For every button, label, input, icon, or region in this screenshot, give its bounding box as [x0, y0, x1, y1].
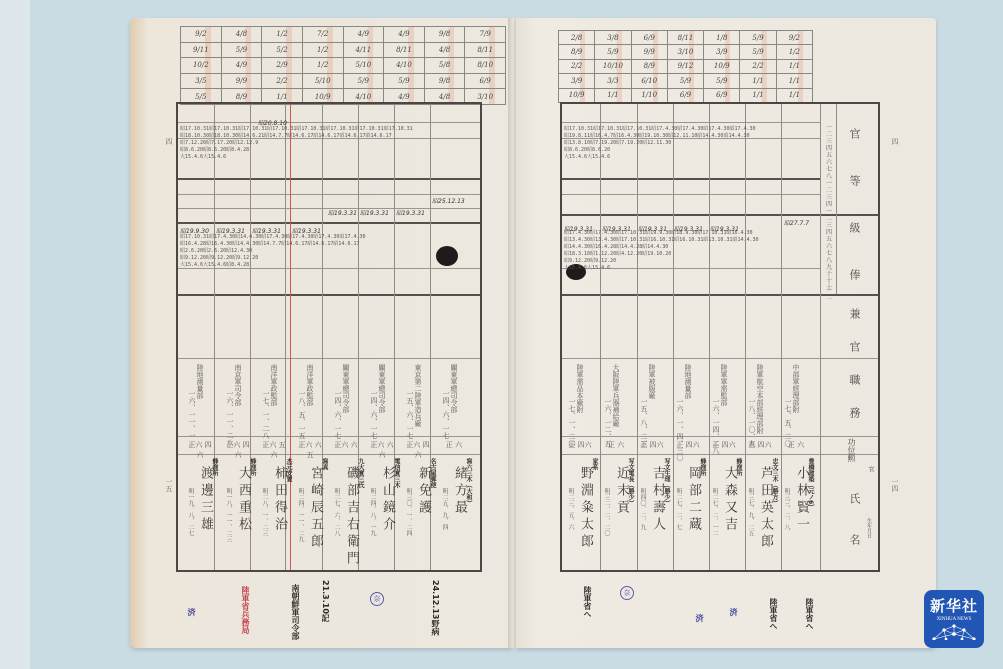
rank-cell: 正六 六	[332, 440, 360, 450]
rank-cell: 正六 四六	[404, 440, 432, 460]
person-note: 蜂窪所	[210, 458, 219, 476]
rank-cell: 正 四六	[746, 440, 774, 450]
grade-number: 十二	[824, 283, 834, 301]
header-duty-label: 兼官職務	[846, 308, 862, 440]
person-note: 寫真	[320, 458, 329, 470]
header-merit-label: 功位勲	[846, 438, 857, 462]
birth-date: 明二五、九、四	[440, 488, 448, 530]
date-cell: 1/10	[632, 89, 668, 103]
duty-text: 大阪陸軍兵器補給廠	[612, 364, 620, 427]
date-cell: 5/8	[425, 58, 466, 74]
date-cell: 3/9	[559, 74, 595, 88]
circle-stamp: 奈	[370, 592, 384, 606]
duty-date: 一八、五、一五	[298, 390, 306, 439]
date-cell: 2/2	[559, 60, 595, 74]
date-cell: 3/5	[181, 74, 222, 90]
rank-cell: 正 四六	[674, 440, 702, 450]
date-cell: 3/10	[668, 45, 704, 59]
handwritten-date: 昭25.12.13	[432, 196, 465, 205]
rank-cell: 正 六	[602, 440, 630, 450]
person-note: 写文電長（勝少）	[626, 458, 635, 506]
date-cell: 4/11	[344, 43, 385, 59]
duty-date: 一六、一一、二八	[226, 390, 234, 446]
date-cell: 1/1	[777, 89, 813, 103]
duty-text: 中部軍經理部附	[792, 364, 800, 413]
typed-line: 昭13.8.10昭7.19.20昭7.19.20昭12.11.30	[564, 140, 671, 147]
typed-line: 昭19.8.11昭16.4.7昭16.4.30昭19.10.30昭12.11.1…	[564, 133, 750, 140]
handwritten-date: 昭19.3.31	[602, 224, 631, 233]
date-cell: 1/2	[303, 43, 344, 59]
left-page-number-side: 四	[164, 138, 174, 145]
handwritten-date: 昭19.3.31	[396, 208, 425, 217]
person-note: 九大實三氏	[356, 458, 365, 488]
date-cell: 4/9	[222, 58, 263, 74]
handwritten-date: 昭19.3.31	[564, 224, 593, 233]
date-cell: 4/10	[384, 58, 425, 74]
duty-text: 南京軍司令部	[234, 364, 242, 406]
annotation: 陸軍省へ	[804, 598, 815, 630]
stamp-sumi: 済	[728, 608, 739, 616]
date-cell: 8/9	[632, 60, 668, 74]
left-record-table	[176, 102, 482, 572]
date-cell: 3/3	[595, 74, 631, 88]
handwritten-date: 昭19.3.31	[216, 226, 245, 235]
typed-line: 昭2.6.20昭2.6.20昭12.4.30	[180, 248, 252, 255]
date-cell: 1/2	[303, 58, 344, 74]
date-cell: 1/1	[595, 89, 631, 103]
typed-line: 昭9.12.20昭9.12.20昭9.12.20	[180, 255, 258, 262]
right-page-number-bottom: 一四	[890, 478, 900, 492]
date-cell: 1/1	[777, 60, 813, 74]
date-cell: 3/9	[704, 45, 740, 59]
person-name: 大西重松	[234, 466, 253, 534]
date-cell: 5/9	[740, 31, 776, 45]
date-cell: 5/9	[704, 74, 740, 88]
typed-line: 昭7.12.20昭7.17.20昭12.12.9	[180, 140, 258, 147]
date-cell: 5/9	[740, 45, 776, 59]
date-cell: 1/2	[777, 45, 813, 59]
person-note: 蜂窪所	[698, 458, 707, 476]
date-cell: 9/9	[222, 74, 263, 90]
duty-text: 關東軍總司令部	[342, 364, 350, 413]
logo-text-en: XINHUA NEWS	[924, 617, 984, 622]
duty-date: 一四、六、一七	[370, 390, 378, 439]
handwritten-date: 昭19.3.31	[292, 226, 321, 235]
date-cell: 9/8	[425, 74, 466, 90]
date-cell: 9/2	[777, 31, 813, 45]
network-globe-icon	[932, 624, 976, 640]
typed-line: 昭18.3.10昭1.12.20昭4.12.20昭19.10.20	[564, 251, 671, 258]
xinhua-news-logo: 新华社 XINHUA NEWS	[924, 590, 984, 648]
person-name: 岡部二蔵	[684, 466, 703, 534]
date-cell: 5/9	[595, 45, 631, 59]
date-cell: 7/2	[303, 27, 344, 43]
date-cell: 1/8	[704, 31, 740, 45]
handwritten-date: 昭19.3.31	[710, 224, 739, 233]
date-cell: 7/9	[465, 27, 506, 43]
annotation: 南朝鮮軍司令部	[290, 584, 301, 640]
birth-date: 明三七、九、二五	[746, 488, 754, 536]
date-cell: 1/1	[740, 74, 776, 88]
handwritten-date: 昭19.3.31	[674, 224, 703, 233]
duty-text: 陸軍需品本廠附	[576, 364, 584, 413]
date-cell: 6/9	[704, 89, 740, 103]
date-cell: 4/9	[384, 27, 425, 43]
duty-text: 關東軍總司令部	[378, 364, 386, 413]
person-name: 宮崎辰五郎	[306, 466, 325, 551]
date-cell: 5/2	[262, 43, 303, 59]
date-cell: 2/2	[262, 74, 303, 90]
ink-blot	[436, 246, 458, 266]
person-name: 渡邊三雄	[196, 466, 215, 534]
date-cell: 5/9	[222, 43, 263, 59]
rank-cell: 正六 四六	[224, 440, 252, 460]
duty-text: 陸地測量部	[196, 364, 204, 399]
birth-date: 明一八、一一、二三	[224, 488, 232, 542]
typed-line: 昭16.4.28昭16.4.30昭14.4.30昭14.7.7昭14.6.17昭…	[180, 241, 360, 248]
annotation: 陸軍省へ	[768, 598, 779, 630]
birth-date: 明二七、二、七	[674, 488, 682, 530]
date-cell: 4/8	[222, 27, 263, 43]
date-cell: 10/9	[704, 60, 740, 74]
typed-line: 昭13.4.30昭13.4.30昭17.10.31昭16.10.31昭16.10…	[564, 237, 759, 244]
birth-date: 明二四、一一、二九	[296, 488, 304, 542]
date-cell: 9/2	[181, 27, 222, 43]
typed-line: 昭9.12.20昭9.12.20	[564, 258, 616, 265]
person-note: 寫六三木（大和）	[464, 458, 473, 506]
date-cell: 9/11	[181, 43, 222, 59]
date-cell: 2/9	[262, 58, 303, 74]
background-wall	[0, 0, 30, 669]
birth-date: 明三三、二、八	[782, 488, 790, 530]
duty-date: 一六、一、四、三〇	[676, 398, 684, 461]
birth-date: 明二四、八、一九	[368, 488, 376, 536]
birth-date: 明二七、二、一二	[710, 488, 718, 536]
person-note: 電信實三木	[392, 458, 401, 488]
duty-text: 東京第二陸軍造兵廠	[414, 364, 422, 427]
header-birth-date-label: 生年月日	[866, 518, 873, 538]
left-date-grid: 9/24/81/27/24/94/99/87/99/115/95/21/24/1…	[180, 26, 506, 105]
date-cell: 6/9	[465, 74, 506, 90]
date-cell: 10/2	[181, 58, 222, 74]
date-cell: 8/11	[384, 43, 425, 59]
person-note: 写文生理（勝少）	[662, 458, 671, 506]
birth-date: 明一九、八、二七	[186, 488, 194, 536]
date-cell: 5/9	[384, 74, 425, 90]
person-note: 忠文三木（勝方）	[770, 458, 779, 506]
birth-date: 明三〇、一、二四	[404, 488, 412, 536]
birth-date: 明三二、二、二〇	[602, 488, 610, 536]
duty-date: 一七、一、二八	[262, 390, 270, 439]
annotation: 24.12.13野病	[430, 580, 441, 635]
typed-line: 昭8.6.20昭8.6.20昭8.4.28	[180, 147, 249, 154]
date-cell: 5/9	[668, 74, 704, 88]
birth-date: 明四〇、二、九	[638, 488, 646, 530]
rank-cell: 正 四六	[638, 440, 666, 450]
rank-cell: 正六 六五	[296, 440, 324, 460]
birth-date: 明二七、六、二八	[332, 488, 340, 536]
date-cell: 6/10	[632, 74, 668, 88]
person-name: 大森又吉	[720, 466, 739, 534]
person-note: 蜂窪所	[248, 458, 257, 476]
stamp-sumi: 済	[694, 614, 705, 622]
rank-cell: 正 四六	[566, 440, 594, 450]
typed-line: 昭18.10.30昭18.10.30昭14.6.21昭14.7.7昭14.6.1…	[180, 133, 392, 140]
handwritten-date: 昭19.3.31	[638, 224, 667, 233]
person-note: 家系	[590, 458, 599, 470]
duty-date: 一五、六、一七	[406, 390, 414, 439]
date-cell: 1/2	[262, 27, 303, 43]
left-page: 9/24/81/27/24/94/99/87/99/115/95/21/24/1…	[130, 18, 512, 648]
handwritten-date: 昭19.3.31	[328, 208, 357, 217]
duty-date: 一六、一一、一	[188, 390, 196, 439]
date-cell: 3/8	[595, 31, 631, 45]
rank-cell: 正六 六六	[368, 440, 396, 460]
date-cell: 9/12	[668, 60, 704, 74]
handwritten-date: 昭19.3.31	[360, 208, 389, 217]
open-register-book: 9/24/81/27/24/94/99/87/99/115/95/21/24/1…	[130, 18, 940, 650]
header-grade-label: 官等級俸	[846, 128, 862, 316]
right-page-number-side: 四	[890, 138, 900, 145]
person-note: 名古屋郵便	[428, 458, 437, 488]
right-date-grid: 2/83/86/98/111/85/99/28/95/99/93/103/95/…	[558, 30, 813, 103]
date-cell: 5/10	[303, 74, 344, 90]
typed-line: 昭8.6.20昭8.6.20	[564, 147, 610, 154]
handwritten-date: 昭19.9.30	[180, 226, 209, 235]
date-cell: 4/9	[344, 27, 385, 43]
date-cell: 10/10	[595, 60, 631, 74]
circle-stamp: 奈	[620, 586, 634, 600]
handwritten-date: 昭19.3.31	[252, 226, 281, 235]
birth-date: 明二八、一、二三	[260, 488, 268, 536]
rank-cell: 正六 四六	[186, 440, 214, 460]
typed-line: 大15.4.6大15.4.6	[180, 154, 226, 161]
annotation-red: 陸軍省兵務局	[240, 586, 251, 634]
duty-text: 陸軍航空本部經理部附	[756, 364, 764, 434]
rank-cell: 正 六	[440, 440, 468, 450]
date-cell: 5/10	[344, 58, 385, 74]
date-cell: 2/2	[740, 60, 776, 74]
rank-cell: 正六 五六	[260, 440, 288, 460]
header-name-label: 氏名	[846, 493, 862, 575]
duty-date: 一四、六、一七	[334, 390, 342, 439]
annotation: 21.3.10記	[320, 580, 331, 622]
date-cell: 4/8	[425, 43, 466, 59]
date-cell: 9/9	[632, 45, 668, 59]
logo-text-cn: 新华社	[924, 595, 984, 616]
header-rank-mark: 官	[866, 466, 875, 472]
date-cell: 5/9	[344, 74, 385, 90]
duty-date: 一四、六、一七	[442, 390, 450, 439]
rank-cell: 正 六	[782, 440, 810, 450]
date-cell: 8/10	[465, 58, 506, 74]
duty-text: 陸地測量部	[684, 364, 692, 399]
date-cell: 6/9	[668, 89, 704, 103]
date-cell: 8/11	[465, 43, 506, 59]
stamp-sumi: 済	[186, 608, 197, 616]
person-note: 豊橋建築（元ノ6）	[806, 458, 815, 510]
duty-text: 南洋軍政監部	[306, 364, 314, 406]
date-cell: 6/9	[632, 31, 668, 45]
right-page: 2/83/86/98/111/85/99/28/95/99/93/103/95/…	[516, 18, 936, 648]
typed-line: 大15.4.6大15.4.6	[564, 154, 610, 161]
date-cell: 10/9	[559, 89, 595, 103]
left-page-number-bottom: 一五	[164, 478, 174, 492]
handwritten-date: 昭27.7.7	[784, 218, 809, 227]
person-name: 野淵粂太郎	[576, 466, 595, 551]
duty-text: 陸軍軍需監部	[720, 364, 728, 406]
duty-text: 陸軍被服廠	[648, 364, 656, 399]
date-cell: 1/1	[740, 89, 776, 103]
typed-line: 昭17.10.31昭17.10.31昭17.10.31昭17.10.31昭17.…	[180, 126, 413, 133]
typed-line: 大15.4.6大15.4.6	[564, 265, 610, 272]
typed-line: 大15.4.6大15.4.6昭8.4.28	[180, 262, 249, 269]
person-note: 杰元安置	[284, 458, 293, 482]
typed-line: 昭17.10.31昭17.10.31昭17.10.31昭17.4.30昭17.4…	[564, 126, 756, 133]
rank-cell: 正 四六	[710, 440, 738, 450]
date-cell: 2/8	[559, 31, 595, 45]
date-cell: 8/11	[668, 31, 704, 45]
annotation: 陸軍省へ	[582, 586, 593, 618]
birth-date: 明二三、五、六	[566, 488, 574, 530]
date-cell: 9/8	[425, 27, 466, 43]
typed-line: 昭17.10.31昭17.4.30昭14.4.30昭17.4.30昭17.4.3…	[180, 234, 366, 241]
person-note: 蜂窪所	[734, 458, 743, 476]
duty-text: 南洋軍政監部	[270, 364, 278, 406]
duty-text: 關東軍總司令部	[450, 364, 458, 413]
date-cell: 1/1	[777, 74, 813, 88]
date-cell: 8/9	[559, 45, 595, 59]
typed-line: 昭14.4.30昭16.4.28昭14.4.28昭14.4.30	[564, 244, 668, 251]
